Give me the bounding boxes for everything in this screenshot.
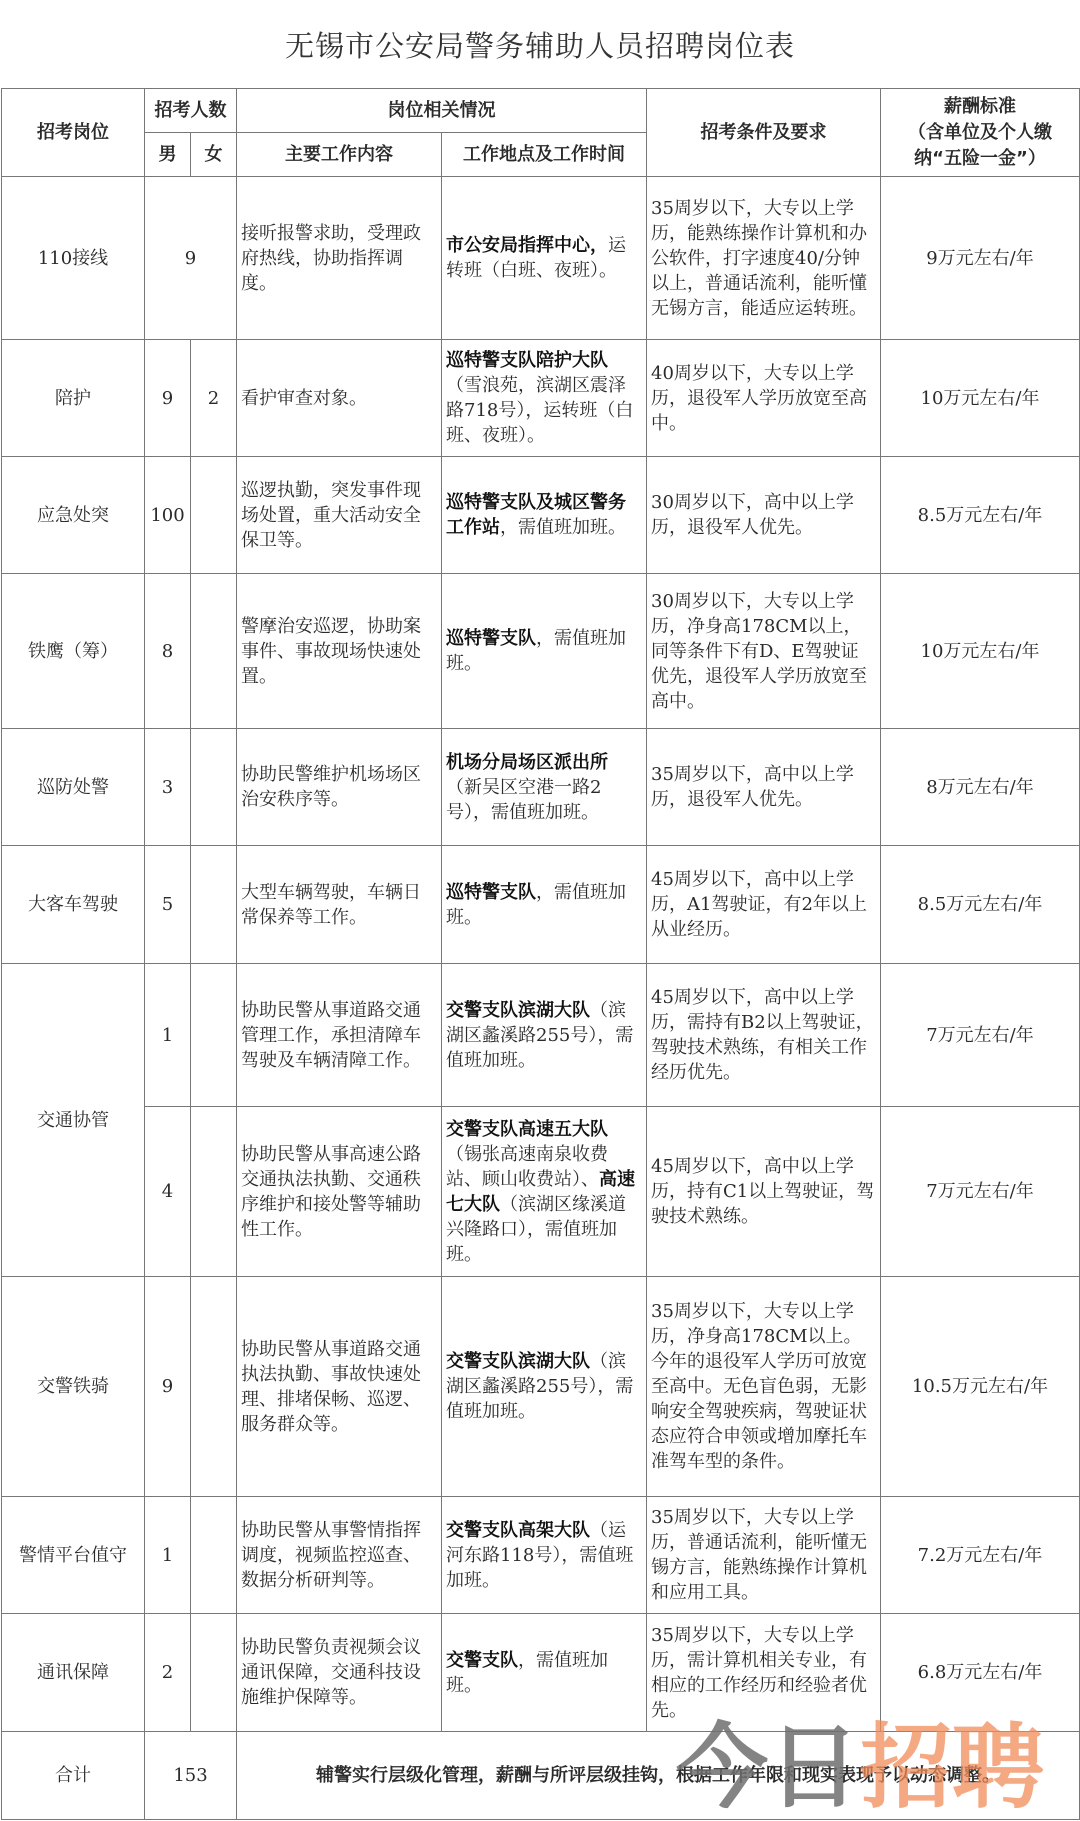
- work-cell: 协助民警从事道路交通管理工作，承担清障车驾驶及车辆清障工作。: [237, 964, 442, 1107]
- location-detail: ，需值班加班。: [500, 517, 626, 538]
- total-count: 153: [145, 1732, 237, 1820]
- location-unit: 巡特警支队: [446, 628, 536, 649]
- requirements-cell: 45周岁以下，高中以上学历，持有C1以上驾驶证，驾驶技术熟练。: [647, 1107, 881, 1277]
- table-row: 陪护 9 2 看护审查对象。 巡特警支队陪护大队（雪浪苑，滨湖区震泽路718号）…: [2, 340, 1080, 457]
- table-row: 应急处突 100 巡逻执勤，突发事件现场处置，重大活动安全保卫等。 巡特警支队及…: [2, 457, 1080, 574]
- location-unit: 交警支队滨湖大队: [446, 1000, 590, 1021]
- location-cell: 交警支队，需值班加班。: [442, 1614, 647, 1732]
- recruitment-table: 招考岗位 招考人数 岗位相关情况 招考条件及要求 薪酬标准 （含单位及个人缴纳“…: [1, 88, 1080, 1820]
- table-row: 铁鹰（筹） 8 警摩治安巡逻，协助案事件、事故现场快速处置。 巡特警支队，需值班…: [2, 574, 1080, 729]
- requirements-cell: 35周岁以下，大专以上学历，净身高178CM以上。今年的退役军人学历可放宽至高中…: [647, 1277, 881, 1497]
- location-cell: 市公安局指挥中心，运转班（白班、夜班）。: [442, 177, 647, 340]
- location-cell: 巡特警支队，需值班加班。: [442, 846, 647, 964]
- position-cell: 巡防处警: [2, 729, 145, 846]
- work-cell: 警摩治安巡逻，协助案事件、事故现场快速处置。: [237, 574, 442, 729]
- work-cell: 巡逻执勤，突发事件现场处置，重大活动安全保卫等。: [237, 457, 442, 574]
- male-count-cell: 9: [145, 1277, 191, 1497]
- position-cell: 交警铁骑: [2, 1277, 145, 1497]
- requirements-cell: 45周岁以下，高中以上学历，需持有B2以上驾驶证，驾驶技术熟练，有相关工作经历优…: [647, 964, 881, 1107]
- male-count-cell: 1: [145, 964, 191, 1107]
- position-cell: 陪护: [2, 340, 145, 457]
- salary-cell: 8万元左右/年: [881, 729, 1080, 846]
- male-count-cell: 2: [145, 1614, 191, 1732]
- salary-cell: 10.5万元左右/年: [881, 1277, 1080, 1497]
- requirements-cell: 30周岁以下，高中以上学历，退役军人优先。: [647, 457, 881, 574]
- total-note: 辅警实行层级化管理，薪酬与所评层级挂钩，根据工作年限和现实表现予以动态调整。: [237, 1732, 1080, 1820]
- requirements-cell: 35周岁以下，大专以上学历，普通话流利，能听懂无锡方言，能熟练操作计算机和应用工…: [647, 1497, 881, 1614]
- male-count-cell: 1: [145, 1497, 191, 1614]
- table-row: 大客车驾驶 5 大型车辆驾驶，车辆日常保养等工作。 巡特警支队，需值班加班。 4…: [2, 846, 1080, 964]
- location-cell: 交警支队滨湖大队（滨湖区蠡溪路255号），需值班加班。: [442, 964, 647, 1107]
- work-cell: 协助民警维护机场场区治安秩序等。: [237, 729, 442, 846]
- requirements-cell: 40周岁以下，大专以上学历，退役军人学历放宽至高中。: [647, 340, 881, 457]
- location-detail: （锡张高速南泉收费站、顾山收费站）、: [446, 1144, 608, 1190]
- total-label: 合计: [2, 1732, 145, 1820]
- requirements-cell: 35周岁以下，大专以上学历，需计算机相关专业，有相应的工作经历和经验者优先。: [647, 1614, 881, 1732]
- location-unit: 巡特警支队陪护大队: [446, 350, 608, 371]
- work-cell: 协助民警从事高速公路交通执法执勤、交通秩序维护和接处警等辅助性工作。: [237, 1107, 442, 1277]
- requirements-cell: 45周岁以下，高中以上学历，A1驾驶证，有2年以上从业经历。: [647, 846, 881, 964]
- work-cell: 接听报警求助，受理政府热线，协助指挥调度。: [237, 177, 442, 340]
- female-count-cell: [191, 964, 237, 1107]
- position-cell: 警情平台值守: [2, 1497, 145, 1614]
- female-count-cell: [191, 1277, 237, 1497]
- location-cell: 巡特警支队陪护大队（雪浪苑，滨湖区震泽路718号），运转班（白班、夜班）。: [442, 340, 647, 457]
- male-count-cell: 8: [145, 574, 191, 729]
- header-salary-line1: 薪酬标准: [885, 94, 1075, 120]
- salary-cell: 9万元左右/年: [881, 177, 1080, 340]
- salary-cell: 6.8万元左右/年: [881, 1614, 1080, 1732]
- female-count-cell: 2: [191, 340, 237, 457]
- location-cell: 交警支队高架大队（运河东路118号），需值班加班。: [442, 1497, 647, 1614]
- salary-cell: 7万元左右/年: [881, 1107, 1080, 1277]
- header-job-info: 岗位相关情况: [237, 89, 647, 133]
- location-cell: 巡特警支队，需值班加班。: [442, 574, 647, 729]
- female-count-cell: [191, 1497, 237, 1614]
- header-male: 男: [145, 133, 191, 177]
- table-row: 110接线 9 接听报警求助，受理政府热线，协助指挥调度。 市公安局指挥中心，运…: [2, 177, 1080, 340]
- requirements-cell: 35周岁以下，大专以上学历，能熟练操作计算机和办公软件，打字速度40/分钟以上，…: [647, 177, 881, 340]
- header-location-time: 工作地点及工作时间: [442, 133, 647, 177]
- location-unit: 市公安局指挥中心，: [446, 235, 608, 256]
- header-requirements: 招考条件及要求: [647, 89, 881, 177]
- header-row-1: 招考岗位 招考人数 岗位相关情况 招考条件及要求 薪酬标准 （含单位及个人缴纳“…: [2, 89, 1080, 133]
- location-unit: 交警支队滨湖大队: [446, 1351, 590, 1372]
- position-cell: 通讯保障: [2, 1614, 145, 1732]
- male-count-cell: 100: [145, 457, 191, 574]
- work-cell: 协助民警从事警情指挥调度，视频监控巡查、数据分析研判等。: [237, 1497, 442, 1614]
- table-row: 警情平台值守 1 协助民警从事警情指挥调度，视频监控巡查、数据分析研判等。 交警…: [2, 1497, 1080, 1614]
- position-cell: 交通协管: [2, 964, 145, 1277]
- header-position: 招考岗位: [2, 89, 145, 177]
- salary-cell: 7.2万元左右/年: [881, 1497, 1080, 1614]
- salary-cell: 10万元左右/年: [881, 340, 1080, 457]
- header-salary: 薪酬标准 （含单位及个人缴纳“五险一金”）: [881, 89, 1080, 177]
- table-row: 交警铁骑 9 协助民警从事道路交通执法执勤、事故快速处理、排堵保畅、巡逻、服务群…: [2, 1277, 1080, 1497]
- male-count-cell: 5: [145, 846, 191, 964]
- location-detail: （雪浪苑，滨湖区震泽路718号），运转班（白班、夜班）。: [446, 375, 633, 446]
- salary-cell: 10万元左右/年: [881, 574, 1080, 729]
- female-count-cell: [191, 574, 237, 729]
- page-title: 无锡市公安局警务辅助人员招聘岗位表: [0, 0, 1080, 88]
- table-row: 通讯保障 2 协助民警负责视频会议通讯保障，交通科技设施维护保障等。 交警支队，…: [2, 1614, 1080, 1732]
- header-main-work: 主要工作内容: [237, 133, 442, 177]
- work-cell: 大型车辆驾驶，车辆日常保养等工作。: [237, 846, 442, 964]
- location-unit: 交警支队: [446, 1650, 518, 1671]
- position-cell: 大客车驾驶: [2, 846, 145, 964]
- total-row: 合计 153 辅警实行层级化管理，薪酬与所评层级挂钩，根据工作年限和现实表现予以…: [2, 1732, 1080, 1820]
- location-unit: 机场分局场区派出所: [446, 752, 608, 773]
- requirements-cell: 35周岁以下，高中以上学历，退役军人优先。: [647, 729, 881, 846]
- location-unit: 巡特警支队: [446, 882, 536, 903]
- position-cell: 110接线: [2, 177, 145, 340]
- location-cell: 交警支队高速五大队（锡张高速南泉收费站、顾山收费站）、高速七大队（滨湖区缘溪道兴…: [442, 1107, 647, 1277]
- female-count-cell: [191, 846, 237, 964]
- male-count-cell: 9: [145, 340, 191, 457]
- position-cell: 应急处突: [2, 457, 145, 574]
- location-unit: 交警支队高架大队: [446, 1520, 590, 1541]
- female-count-cell: [191, 729, 237, 846]
- work-cell: 协助民警从事道路交通执法执勤、事故快速处理、排堵保畅、巡逻、服务群众等。: [237, 1277, 442, 1497]
- location-cell: 机场分局场区派出所（新吴区空港一路2号），需值班加班。: [442, 729, 647, 846]
- location-unit: 交警支队高速五大队: [446, 1119, 608, 1140]
- salary-cell: 8.5万元左右/年: [881, 846, 1080, 964]
- count-cell: 9: [145, 177, 237, 340]
- female-count-cell: [191, 1107, 237, 1277]
- female-count-cell: [191, 457, 237, 574]
- table-row: 巡防处警 3 协助民警维护机场场区治安秩序等。 机场分局场区派出所（新吴区空港一…: [2, 729, 1080, 846]
- work-cell: 协助民警负责视频会议通讯保障，交通科技设施维护保障等。: [237, 1614, 442, 1732]
- position-cell: 铁鹰（筹）: [2, 574, 145, 729]
- header-salary-line2: （含单位及个人缴纳“五险一金”）: [885, 120, 1075, 172]
- salary-cell: 8.5万元左右/年: [881, 457, 1080, 574]
- location-detail: （新吴区空港一路2号），需值班加班。: [446, 777, 601, 823]
- header-headcount: 招考人数: [145, 89, 237, 133]
- table-row: 交通协管 1 协助民警从事道路交通管理工作，承担清障车驾驶及车辆清障工作。 交警…: [2, 964, 1080, 1107]
- salary-cell: 7万元左右/年: [881, 964, 1080, 1107]
- table-row: 4 协助民警从事高速公路交通执法执勤、交通秩序维护和接处警等辅助性工作。 交警支…: [2, 1107, 1080, 1277]
- work-cell: 看护审查对象。: [237, 340, 442, 457]
- male-count-cell: 3: [145, 729, 191, 846]
- header-female: 女: [191, 133, 237, 177]
- location-cell: 交警支队滨湖大队（滨湖区蠡溪路255号），需值班加班。: [442, 1277, 647, 1497]
- female-count-cell: [191, 1614, 237, 1732]
- location-cell: 巡特警支队及城区警务工作站，需值班加班。: [442, 457, 647, 574]
- requirements-cell: 30周岁以下，大专以上学历，净身高178CM以上，同等条件下有D、E驾驶证优先，…: [647, 574, 881, 729]
- male-count-cell: 4: [145, 1107, 191, 1277]
